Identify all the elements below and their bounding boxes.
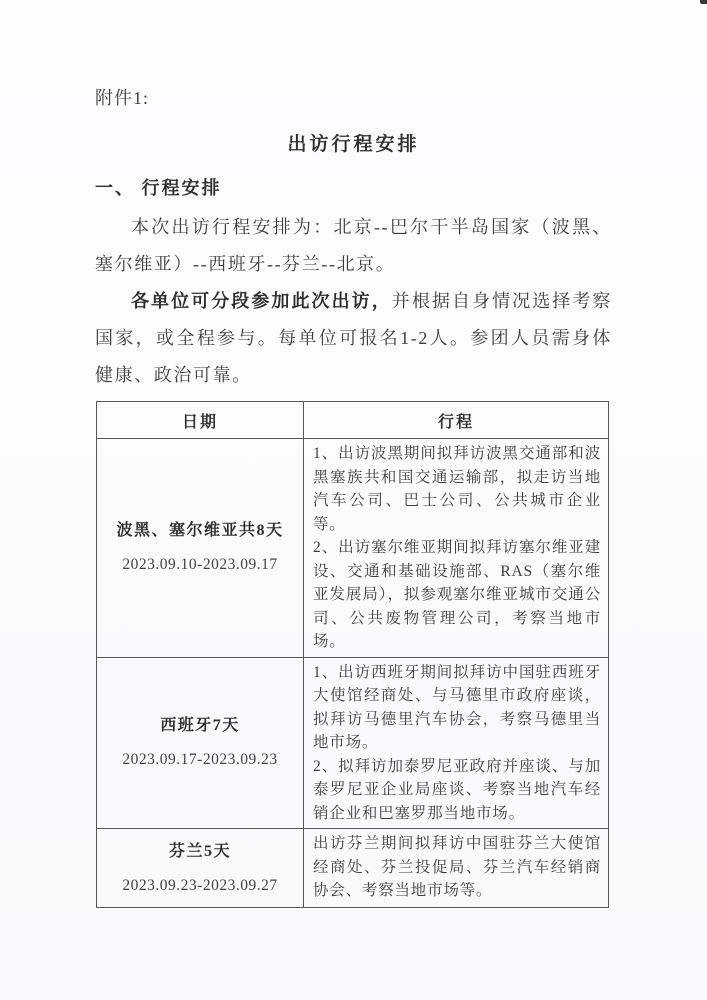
itinerary-paragraph: 出访芬兰期间拟拜访中国驻芬兰大使馆经商处、芬兰投促局、芬兰汽车经销商协会、考察当… bbox=[313, 832, 601, 903]
row-date-range: 2023.09.23-2023.09.27 bbox=[103, 877, 297, 895]
itinerary-paragraph: 1、出访波黑期间拟拜访波黑交通部和波黑塞族共和国交通运输部，拟走访当地汽车公司、… bbox=[313, 442, 601, 536]
table-row: 波黑、塞尔维亚共8天 2023.09.10-2023.09.17 1、出访波黑期… bbox=[97, 439, 609, 658]
paragraph-participation-bold: 各单位可分段参加此次出访， bbox=[131, 291, 392, 311]
paragraph-route-text: 本次出访行程安排为：北京--巴尔干半岛国家（波黑、塞尔维亚）--西班牙--芬兰-… bbox=[95, 217, 612, 274]
itinerary-table-body: 波黑、塞尔维亚共8天 2023.09.10-2023.09.17 1、出访波黑期… bbox=[97, 439, 609, 908]
date-cell: 芬兰5天 2023.09.23-2023.09.27 bbox=[97, 829, 304, 908]
row-date-range: 2023.09.17-2023.09.23 bbox=[103, 751, 297, 769]
itinerary-table: 日期 行程 波黑、塞尔维亚共8天 2023.09.10-2023.09.17 1… bbox=[96, 401, 609, 908]
table-row: 西班牙7天 2023.09.17-2023.09.23 1、出访西班牙期间拟拜访… bbox=[97, 657, 609, 829]
table-header-date: 日期 bbox=[97, 402, 304, 439]
row-itinerary: 1、出访西班牙期间拟拜访中国驻西班牙大使馆经商处、与马德里市政府座谈，拟拜访马德… bbox=[304, 657, 609, 829]
section-heading: 一、 行程安排 bbox=[95, 176, 612, 200]
row-date-range: 2023.09.10-2023.09.17 bbox=[103, 556, 297, 574]
paragraph-participation: 各单位可分段参加此次出访，并根据自身情况选择考察国家，或全程参与。每单位可报名1… bbox=[95, 283, 612, 394]
itinerary-paragraph: 2、出访塞尔维亚期间拟拜访塞尔维亚建设、交通和基础设施部、RAS（塞尔维亚发展局… bbox=[313, 536, 601, 654]
itinerary-paragraph: 1、出访西班牙期间拟拜访中国驻西班牙大使馆经商处、与马德里市政府座谈，拟拜访马德… bbox=[313, 661, 601, 755]
date-cell: 西班牙7天 2023.09.17-2023.09.23 bbox=[97, 657, 304, 829]
paragraph-route: 本次出访行程安排为：北京--巴尔干半岛国家（波黑、塞尔维亚）--西班牙--芬兰-… bbox=[95, 209, 612, 283]
attachment-label: 附件1: bbox=[95, 86, 612, 110]
scan-artifact-mark bbox=[700, 0, 707, 4]
date-cell: 波黑、塞尔维亚共8天 2023.09.10-2023.09.17 bbox=[97, 439, 304, 658]
row-date-title: 波黑、塞尔维亚共8天 bbox=[103, 521, 297, 541]
document-content: 附件1: 出访行程安排 一、 行程安排 本次出访行程安排为：北京--巴尔干半岛国… bbox=[0, 0, 707, 908]
table-header-row: 日期 行程 bbox=[97, 402, 609, 439]
row-date-title: 芬兰5天 bbox=[103, 842, 297, 862]
row-itinerary: 出访芬兰期间拟拜访中国驻芬兰大使馆经商处、芬兰投促局、芬兰汽车经销商协会、考察当… bbox=[304, 829, 609, 908]
table-header-itinerary: 行程 bbox=[304, 402, 609, 439]
itinerary-paragraph: 2、拟拜访加泰罗尼亚政府并座谈、与加泰罗尼亚企业局座谈、考察当地汽车经销企业和巴… bbox=[313, 755, 601, 826]
document-page: 附件1: 出访行程安排 一、 行程安排 本次出访行程安排为：北京--巴尔干半岛国… bbox=[0, 0, 707, 1000]
row-itinerary: 1、出访波黑期间拟拜访波黑交通部和波黑塞族共和国交通运输部，拟走访当地汽车公司、… bbox=[304, 439, 609, 658]
page-title: 出访行程安排 bbox=[95, 133, 612, 157]
table-row: 芬兰5天 2023.09.23-2023.09.27 出访芬兰期间拟拜访中国驻芬… bbox=[97, 829, 609, 908]
row-date-title: 西班牙7天 bbox=[103, 716, 297, 736]
